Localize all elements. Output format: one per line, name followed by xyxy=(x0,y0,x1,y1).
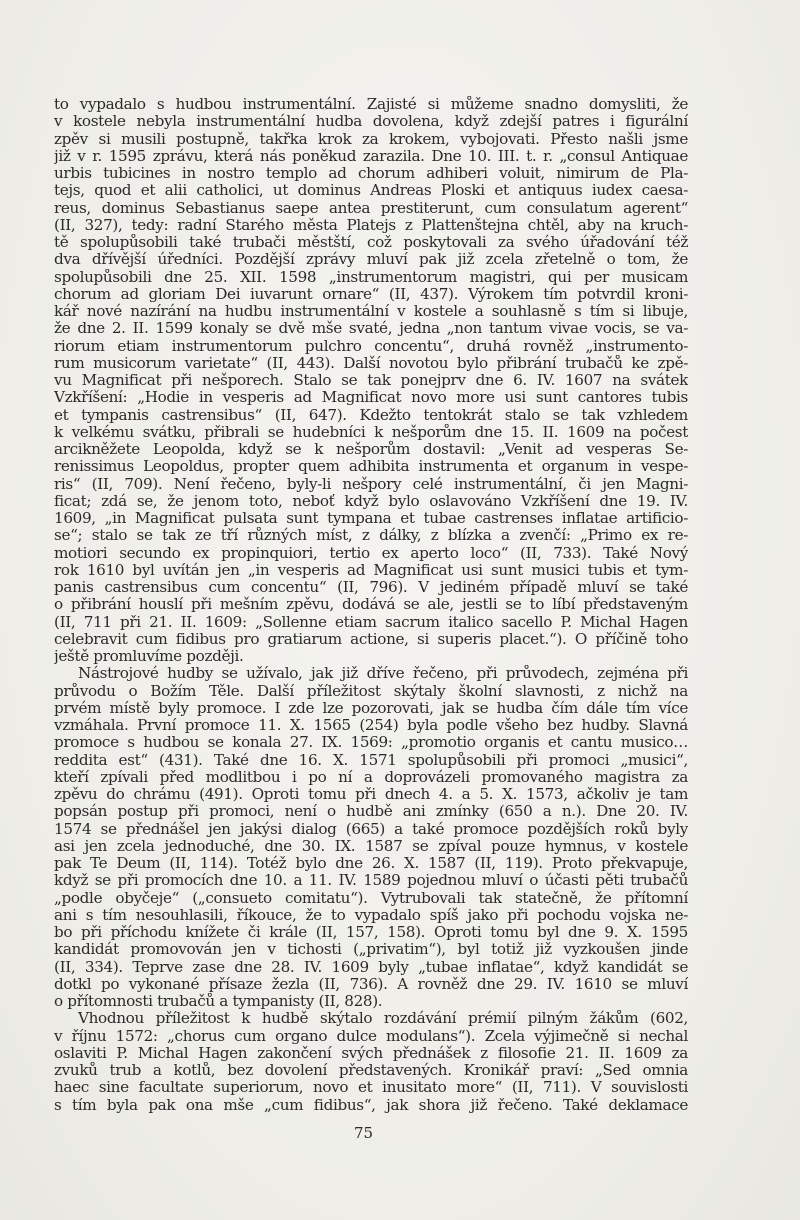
text-line: Vzkříšení: „Hodie in vesperis ad Magnifi… xyxy=(54,389,688,406)
text-line: v kostele nebyla instrumentální hudba do… xyxy=(54,113,688,130)
text-line: kteří zpívali před modlitbou i po ní a d… xyxy=(54,769,688,786)
text-line: arcikněžete Leopolda, když se k nešporům… xyxy=(54,441,688,458)
text-line: průvodu o Božím Těle. Další příležitost … xyxy=(54,683,688,700)
text-line: et tympanis castrensibus“ (II, 647). Kde… xyxy=(54,407,688,424)
text-line: (II, 711 při 21. II. 1609: „Sollenne eti… xyxy=(54,614,688,631)
text-line: ris“ (II, 709). Není řečeno, byly-li neš… xyxy=(54,476,688,493)
text-line: haec sine facultate superiorum, novo et … xyxy=(54,1079,688,1096)
text-line: promoce s hudbou se konala 27. IX. 1569:… xyxy=(54,734,688,751)
text-line: „podle obyčeje“ („consueto comitatu“). V… xyxy=(54,890,688,907)
text-line: (II, 334). Teprve zase dne 28. IV. 1609 … xyxy=(54,959,688,976)
text-line: zpěv si musili postupně, takřka krok za … xyxy=(54,131,688,148)
text-line: (II, 327), tedy: radní Starého města Pla… xyxy=(54,217,688,234)
text-line: reus, dominus Sebastianus saepe antea pr… xyxy=(54,200,688,217)
text-line: panis castrensibus cum concentu“ (II, 79… xyxy=(54,579,688,596)
text-line: to vypadalo s hudbou instrumentální. Zaj… xyxy=(54,96,688,113)
text-line: s tím byla pak ona mše „cum fidibus“, ja… xyxy=(54,1097,688,1114)
text-line: oslaviti P. Michal Hagen zakončení svých… xyxy=(54,1045,688,1062)
text-line: k velkému svátku, přibrali se hudebníci … xyxy=(54,424,688,441)
text-line: se“; stalo se tak ze tří různých míst, z… xyxy=(54,527,688,544)
text-line: 1609, „in Magnificat pulsata sunt tympan… xyxy=(54,510,688,527)
text-line: zpěvu do chrámu (491). Oproti tomu při d… xyxy=(54,786,688,803)
text-line: popsán postup při promoci, není o hudbě … xyxy=(54,803,688,820)
text-line: prvém místě byly promoce. I zde lze pozo… xyxy=(54,700,688,717)
paragraph-start-line: Nástrojové hudby se užívalo, jak již dří… xyxy=(54,665,688,682)
text-line: 1574 se přednášel jen jakýsi dialog (665… xyxy=(54,821,688,838)
text-line: ještě promluvíme později. xyxy=(54,648,688,665)
text-line: celebravit cum fidibus pro gratiarum act… xyxy=(54,631,688,648)
text-line: o přítomnosti trubačů a tympanisty (II, … xyxy=(54,993,688,1010)
text-line: ficat; zdá se, že jenom toto, neboť když… xyxy=(54,493,688,510)
text-line: spolupůsobili dne 25. XII. 1598 „instrum… xyxy=(54,269,688,286)
text-line: dva dřívější úředníci. Pozdější zprávy m… xyxy=(54,251,688,268)
text-line: asi jen zcela jednoduché, dne 30. IX. 15… xyxy=(54,838,688,855)
text-line: ani s tím nesouhlasili, říkouce, že to v… xyxy=(54,907,688,924)
text-line: již v r. 1595 zprávu, která nás poněkud … xyxy=(54,148,688,165)
text-line: vzmáhala. První promoce 11. X. 1565 (254… xyxy=(54,717,688,734)
text-line: bo při příchodu knížete či krále (II, 15… xyxy=(54,924,688,941)
text-line: že dne 2. II. 1599 konaly se dvě mše sva… xyxy=(54,320,688,337)
text-line: renissimus Leopoldus, propter quem adhib… xyxy=(54,458,688,475)
page-number: 75 xyxy=(354,1124,373,1142)
body-text: to vypadalo s hudbou instrumentální. Zaj… xyxy=(54,96,688,1114)
text-line: rum musicorum varietate“ (II, 443). Dalš… xyxy=(54,355,688,372)
text-line: kandidát promovován jen v tichosti („pri… xyxy=(54,941,688,958)
text-line: reddita est“ (431). Také dne 16. X. 1571… xyxy=(54,752,688,769)
text-line: rok 1610 byl uvítán jen „in vesperis ad … xyxy=(54,562,688,579)
text-line: chorum ad gloriam Dei iuvarunt ornare“ (… xyxy=(54,286,688,303)
paragraph-start-line: Vhodnou příležitost k hudbě skýtalo rozd… xyxy=(54,1010,688,1027)
text-line: o přibrání houslí při mešním zpěvu, dodá… xyxy=(54,596,688,613)
text-line: urbis tubicines in nostro templo ad chor… xyxy=(54,165,688,182)
text-line: motiori secundo ex propinquiori, tertio … xyxy=(54,545,688,562)
text-line: když se při promocích dne 10. a 11. IV. … xyxy=(54,872,688,889)
text-line: dotkl po vykonané přísaze žezla (II, 736… xyxy=(54,976,688,993)
text-line: tejs, quod et alii catholici, ut dominus… xyxy=(54,182,688,199)
scanned-book-page: to vypadalo s hudbou instrumentální. Zaj… xyxy=(0,0,800,1220)
text-line: tě spolupůsobili také trubači městští, c… xyxy=(54,234,688,251)
text-line: v říjnu 1572: „chorus cum organo dulce m… xyxy=(54,1028,688,1045)
text-line: pak Te Deum (II, 114). Totéž bylo dne 26… xyxy=(54,855,688,872)
text-line: kář nové nazírání na hudbu instrumentáln… xyxy=(54,303,688,320)
text-line: riorum etiam instrumentorum pulchro conc… xyxy=(54,338,688,355)
text-line: zvuků trub a kotlů, bez dovolení předsta… xyxy=(54,1062,688,1079)
text-line: vu Magnificat při nešporech. Stalo se ta… xyxy=(54,372,688,389)
